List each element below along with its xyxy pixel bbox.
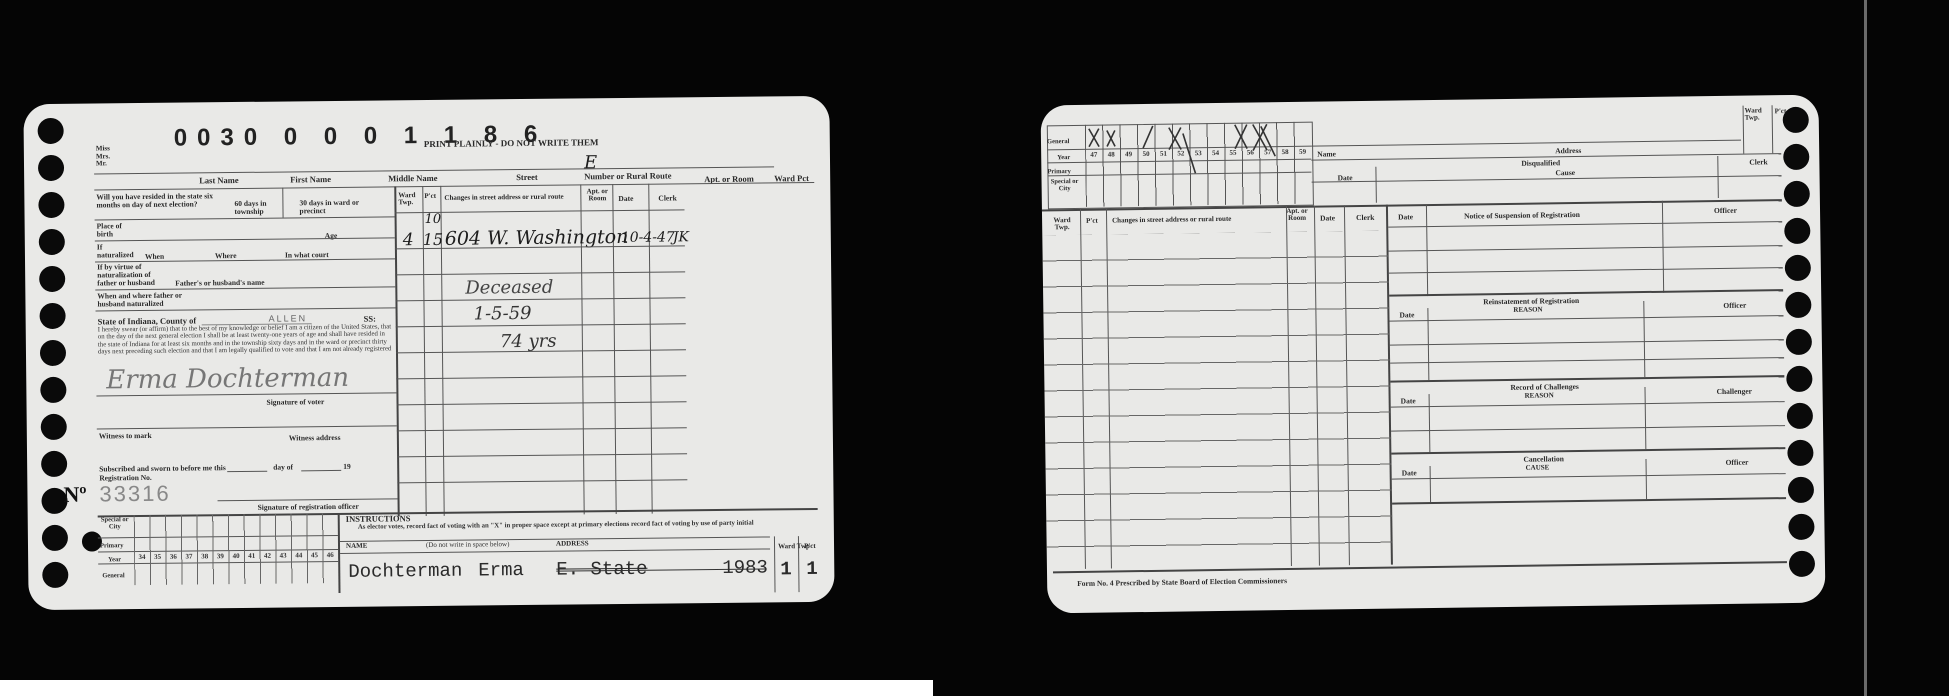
- father-naturalized-label: When and where father or husband natural…: [97, 291, 197, 308]
- row-primary: Primary: [100, 541, 124, 550]
- punch-hole: [1784, 218, 1810, 244]
- registration-officer-signature-label: Signature of registration officer: [258, 502, 359, 512]
- back-row-year: Year: [1057, 153, 1070, 162]
- back-col-pct: P'ct: [1086, 217, 1098, 226]
- punch-hole: [1787, 403, 1813, 429]
- form-footer-text: Form No. 4 Prescribed by State Board of …: [1077, 576, 1287, 588]
- punch-hole: [39, 266, 65, 292]
- footer-name-label: NAME: [346, 542, 367, 551]
- cancellation-title: Cancellation: [1523, 454, 1564, 464]
- col-pct: P'ct: [424, 192, 436, 201]
- cancellation-cause-label: CAUSE: [1526, 463, 1550, 472]
- punch-hole: [38, 155, 64, 181]
- reinstatement-date-label: Date: [1399, 310, 1414, 319]
- film-edge-line: [1864, 0, 1867, 696]
- punch-hole: [1789, 551, 1815, 577]
- back-row-general: General: [1047, 137, 1070, 146]
- back-col-apt-room: Apt. or Room: [1284, 208, 1310, 222]
- voting-grid-columns: [134, 513, 339, 585]
- back-address-label: Address: [1555, 146, 1581, 155]
- punch-hole: [40, 340, 66, 366]
- col-date: Date: [618, 194, 633, 203]
- ss-label: SS:: [364, 315, 376, 324]
- year-prefix-label: 19: [343, 462, 351, 471]
- print-plainly-instruction: PRINT PLAINLY - DO NOT WRITE THEM: [424, 138, 599, 149]
- col-apt-room: Apt. or Room: [584, 188, 610, 202]
- county-value: ALLEN: [269, 313, 308, 323]
- witness-address-label: Witness address: [289, 433, 341, 443]
- punch-hole: [38, 192, 64, 218]
- disqualified-label: Disqualified: [1521, 158, 1560, 168]
- col-changes-address: Changes in street address or rural route: [444, 193, 563, 203]
- naturalized-label: If naturalized: [97, 243, 137, 259]
- title-mr: Mr.: [96, 159, 107, 168]
- suspension-title: Notice of Suspension of Registration: [1464, 210, 1580, 221]
- blank-strip: [0, 680, 933, 696]
- suspension-date-label: Date: [1398, 212, 1413, 221]
- challenges-title: Record of Challenges: [1510, 382, 1578, 392]
- challenges-reason-label: REASON: [1525, 391, 1554, 400]
- middle-name-label: Middle Name: [388, 174, 437, 184]
- registration-number: 33316: [99, 481, 170, 508]
- first-name-label: First Name: [290, 175, 331, 184]
- punch-hole: [40, 377, 66, 403]
- number-label: Number or Rural Route: [584, 171, 671, 181]
- township-days-label: 60 days in township: [234, 199, 294, 216]
- day-of-label: day of: [273, 462, 293, 471]
- reinstatement-reason-label: REASON: [1513, 305, 1542, 314]
- last-name-label: Last Name: [199, 176, 239, 185]
- back-pct-label: P'ct: [1775, 107, 1787, 116]
- signature-of-voter-label: Signature of voter: [266, 397, 324, 407]
- subscribed-sworn-label: Subscribed and sworn to before me this: [99, 463, 226, 473]
- registration-card-front: 0030 0 0 0 1 1 8 6 PRINT PLAINLY - DO NO…: [23, 96, 834, 610]
- footer-address-label: ADDRESS: [556, 539, 589, 548]
- deceased-annotation: Deceased: [465, 277, 553, 299]
- punch-hole: [42, 525, 68, 551]
- punch-hole: [1787, 440, 1813, 466]
- ward-days-label: 30 days in ward or precinct: [299, 199, 379, 216]
- voter-first-name: Erma: [478, 559, 524, 581]
- oath-text: I hereby swear (or affirm) that to the b…: [98, 323, 394, 356]
- voter-house-number: 1983: [722, 556, 768, 578]
- punch-hole: [39, 303, 65, 329]
- by-virtue-label: If by virtue of naturalization of father…: [97, 263, 169, 288]
- punch-hole: [38, 118, 64, 144]
- residency-question: Will you have resided in the state six m…: [96, 192, 226, 209]
- back-col-clerk: Clerk: [1356, 213, 1374, 222]
- place-of-birth-label: Place of birth: [97, 222, 137, 238]
- punch-hole: [41, 451, 67, 477]
- father-name-label: Father's or husband's name: [175, 278, 264, 288]
- number-sign: Nº: [63, 482, 86, 508]
- back-col-ward-twp: Ward Twp.: [1050, 217, 1074, 231]
- footer-pct-label: P'ct: [804, 542, 816, 551]
- punch-hole: [42, 562, 68, 588]
- col-ward-twp: Ward Twp.: [398, 192, 420, 206]
- do-not-write-label: (Do not write in space below): [426, 540, 509, 549]
- punch-hole: [1788, 477, 1814, 503]
- street-label: Street: [516, 173, 538, 182]
- punch-hole: [41, 414, 67, 440]
- voter-pct: 1: [806, 558, 818, 580]
- back-ward-twp-label: Ward Twp.: [1745, 107, 1769, 121]
- challenger-label: Challenger: [1716, 387, 1752, 396]
- registration-card-back: General Year Primary Special or City 47 …: [1040, 95, 1825, 614]
- street-value: E: [584, 152, 597, 173]
- death-date-annotation: 1-5-59: [473, 303, 531, 325]
- punch-hole: [1786, 366, 1812, 392]
- back-col-changes-address: Changes in street address or rural route: [1112, 215, 1231, 226]
- col-clerk: Clerk: [658, 193, 676, 202]
- punch-hole: [1785, 292, 1811, 318]
- back-name-label: Name: [1317, 149, 1336, 158]
- date-value-row2: 10-4-47: [621, 229, 675, 246]
- instructions-text: As elector votes, record fact of voting …: [358, 519, 768, 531]
- punch-hole: [39, 229, 65, 255]
- punch-hole: [1785, 255, 1811, 281]
- voter-last-name: Dochterman: [348, 560, 462, 583]
- back-clerk-label: Clerk: [1749, 157, 1767, 166]
- witness-to-mark-label: Witness to mark: [99, 431, 152, 441]
- vote-marks: [1085, 122, 1312, 185]
- row-general: General: [102, 571, 124, 580]
- back-row-special-city: Special or City: [1050, 179, 1080, 192]
- pct-value-row2: 15: [423, 230, 444, 249]
- when-label: When: [145, 252, 164, 261]
- challenges-date-label: Date: [1401, 396, 1416, 405]
- cause-label: Cause: [1555, 168, 1575, 177]
- voter-ward: 1: [780, 558, 792, 580]
- row-special-city: Special or City: [100, 517, 130, 530]
- where-label: Where: [215, 251, 237, 260]
- voter-signature: Erma Dochterman: [106, 363, 349, 396]
- punch-hole: [1784, 181, 1810, 207]
- punch-hole: [1788, 514, 1814, 540]
- reinstatement-officer-label: Officer: [1723, 301, 1746, 310]
- cancellation-date-label: Date: [1402, 468, 1417, 477]
- suspension-officer-label: Officer: [1714, 206, 1737, 215]
- cancellation-officer-label: Officer: [1725, 458, 1748, 467]
- punch-hole: [1786, 329, 1812, 355]
- back-col-date: Date: [1320, 213, 1335, 222]
- pct-value-row1: 10: [425, 212, 442, 227]
- clerk-value-row2: JK: [673, 229, 689, 245]
- back-changes-rows: [1042, 231, 1393, 570]
- punch-hole: [1783, 144, 1809, 170]
- age-annotation: 74 yrs: [500, 331, 557, 353]
- court-label: In what court: [285, 250, 329, 259]
